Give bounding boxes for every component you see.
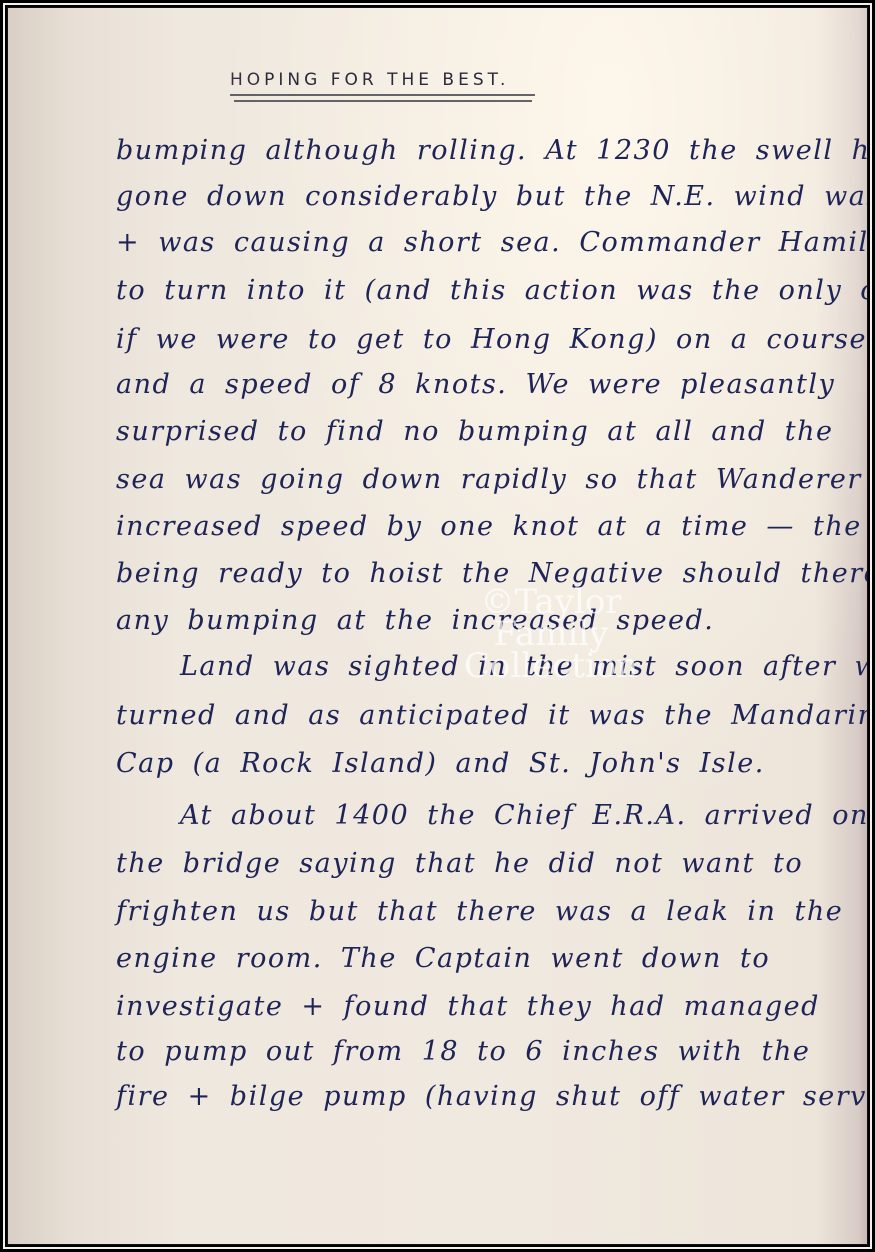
handwritten-line: increased speed by one knot at a time — … [116,511,868,542]
handwritten-line: gone down considerably but the N.E. wind… [116,181,868,212]
handwritten-line: being ready to hoist the Negative should… [116,558,868,589]
handwritten-line: engine room. The Captain went down to [116,943,770,974]
handwritten-line: At about 1400 the Chief E.R.A. arrived o… [180,800,868,831]
handwritten-line: bumping although rolling. At 1230 the sw… [116,135,868,166]
handwritten-line: to turn into it (and this action was the… [116,275,868,306]
handwritten-line: the bridge saying that he did not want t… [116,848,803,879]
handwritten-line: investigate + found that they had manage… [116,991,820,1022]
handwritten-line: Land was sighted in the mist soon after … [180,651,868,682]
handwritten-line: frighten us but that there was a leak in… [116,896,843,927]
page-heading: HOPING FOR THE BEST. [230,70,509,90]
handwritten-line: sea was going down rapidly so that Wande… [116,464,862,495]
handwritten-line: to pump out from 18 to 6 inches with the [116,1036,810,1067]
heading-rest: PING FOR THE BEST. [264,70,509,90]
handwritten-line: Cap (a Rock Island) and St. John's Isle. [116,748,765,779]
handwritten-line: surprised to find no bumping at all and … [116,416,833,447]
image-frame: HOPING FOR THE BEST. bumping although ro… [0,0,875,1252]
heading-underline-2 [234,100,532,102]
handwritten-line: and a speed of 8 knots. We were pleasant… [116,369,835,400]
heading-corrected-prefix: HO [230,70,264,90]
handwritten-line: fire + bilge pump (having shut off water… [116,1081,868,1112]
handwritten-line: turned and as anticipated it was the Man… [116,700,868,731]
handwritten-line: any bumping at the increased speed. [116,605,714,636]
handwritten-line: + was causing a short sea. Commander Ham… [116,227,868,258]
journal-page: HOPING FOR THE BEST. bumping although ro… [7,7,868,1245]
heading-underline-1 [230,94,535,96]
handwritten-line: if we were to get to Hong Kong) on a cou… [116,324,868,355]
